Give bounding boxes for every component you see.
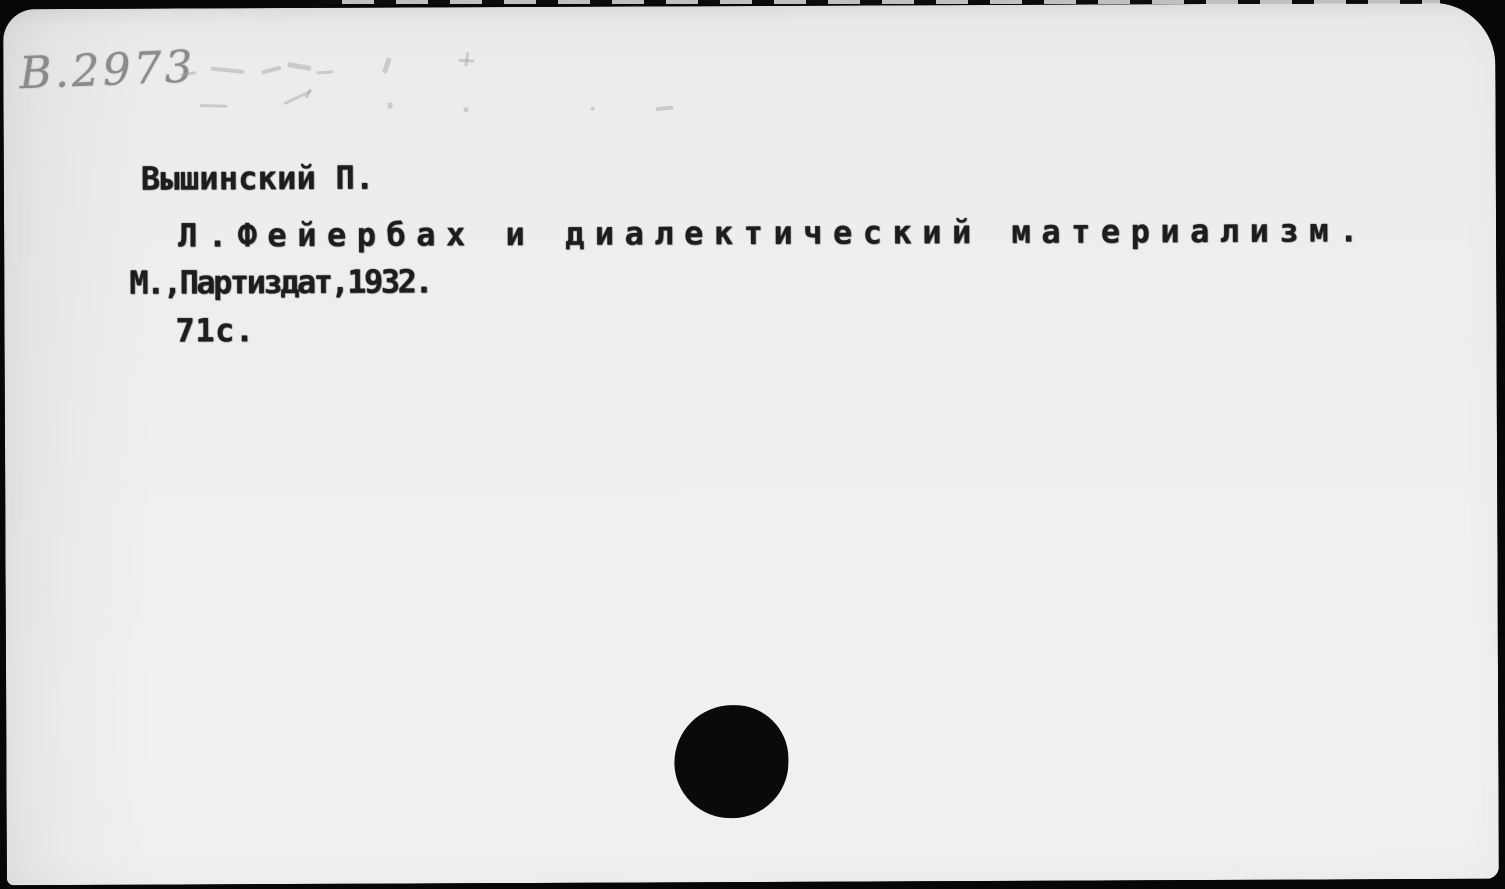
pagination-line: 71с. [175, 312, 254, 349]
pencil-smudge [388, 103, 393, 109]
call-number: В.2973 [19, 45, 197, 96]
pencil-smudge [655, 106, 673, 112]
pencil-smudge [261, 66, 281, 75]
pencil-smudge [210, 67, 244, 74]
pencil-smudge [464, 107, 469, 112]
pencil-smudge [591, 107, 595, 111]
pencil-smudge [305, 88, 313, 98]
hole-punch [674, 705, 788, 818]
pencil-smudge [287, 62, 312, 71]
pencil-smudge [382, 57, 392, 74]
catalog-card: В.2973 Вышинский П. Л.Фейербах и диалект… [3, 3, 1499, 886]
pencil-smudge [199, 104, 227, 108]
scan-background: В.2973 Вышинский П. Л.Фейербах и диалект… [0, 0, 1505, 889]
imprint-line: М.,Партиздат,1932. [129, 263, 431, 301]
title-line: Л.Фейербах и диалектический материализм. [178, 212, 1369, 254]
pencil-smudge [316, 70, 333, 74]
top-edge-dashes [320, 0, 1440, 4]
author-line: Вышинский П. [141, 160, 375, 198]
